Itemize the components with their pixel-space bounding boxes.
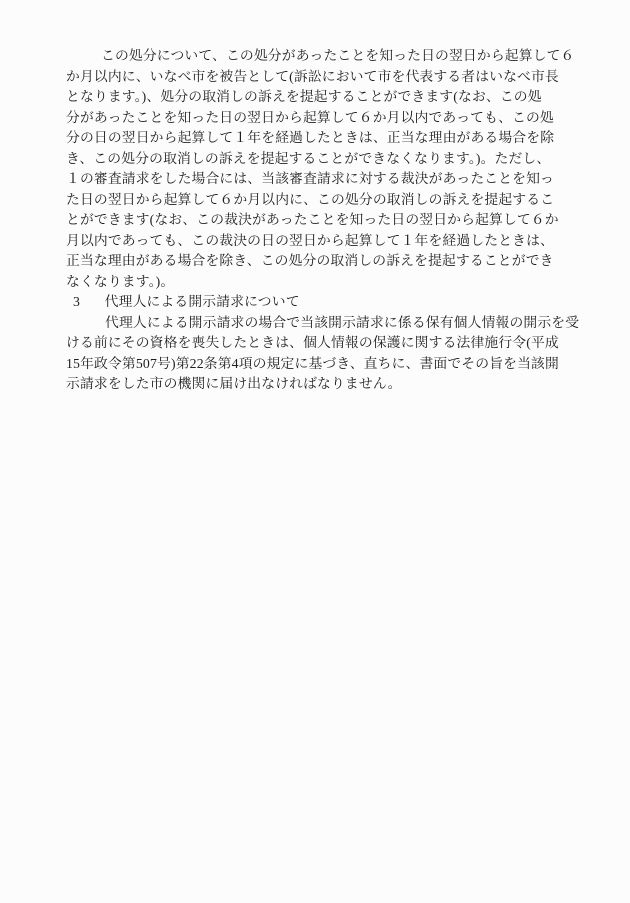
item-number: 3 bbox=[73, 292, 80, 313]
paragraph1-line: この処分について、この処分があったことを知った日の翌日から起算して６ bbox=[66, 46, 596, 67]
paragraph1-line: となります。)、処分の取消しの訴えを提起することができます(なお、この処 bbox=[66, 87, 596, 108]
paragraph2-line: ける前にその資格を喪失したときは、個人情報の保護に関する法律施行令(平成 bbox=[66, 333, 596, 354]
paragraph2-line: 示請求をした市の機関に届け出なければなりません。 bbox=[66, 374, 596, 395]
paragraph1-line: 月以内であっても、この裁決の日の翌日から起算して１年を経過したときは、 bbox=[66, 231, 596, 252]
section-item-3: 3 代理人による開示請求について bbox=[66, 292, 596, 313]
item-title: 代理人による開示請求について bbox=[105, 292, 300, 313]
paragraph1-line: か月以内に、いなべ市を被告として(訴訟において市を代表する者はいなべ市長 bbox=[66, 67, 596, 88]
document-body: この処分について、この処分があったことを知った日の翌日から起算して６ か月以内に… bbox=[66, 46, 596, 395]
paragraph1-line: なくなります。)。 bbox=[66, 272, 596, 293]
paragraph2-line: 代理人による開示請求の場合で当該開示請求に係る保有個人情報の開示を受 bbox=[66, 313, 596, 334]
paragraph1-line: た日の翌日から起算して６か月以内に、この処分の取消しの訴えを提起するこ bbox=[66, 190, 596, 211]
paragraph1-line: 正当な理由がある場合を除き、この処分の取消しの訴えを提起することができ bbox=[66, 251, 596, 272]
document-page: この処分について、この処分があったことを知った日の翌日から起算して６ か月以内に… bbox=[0, 0, 630, 903]
paragraph2-line: 15年政令第507号)第22条第4項の規定に基づき、直ちに、書面でその旨を当該開 bbox=[66, 354, 596, 375]
paragraph1-line: 分があったことを知った日の翌日から起算して６か月以内であっても、この処 bbox=[66, 108, 596, 129]
paragraph1-line: き、この処分の取消しの訴えを提起することができなくなります。)。ただし、 bbox=[66, 149, 596, 170]
paragraph1-line: 分の日の翌日から起算して１年を経過したときは、正当な理由がある場合を除 bbox=[66, 128, 596, 149]
paragraph1-line: とができます(なお、この裁決があったことを知った日の翌日から起算して６か bbox=[66, 210, 596, 231]
paragraph1-line: １の審査請求をした場合には、当該審査請求に対する裁決があったことを知っ bbox=[66, 169, 596, 190]
